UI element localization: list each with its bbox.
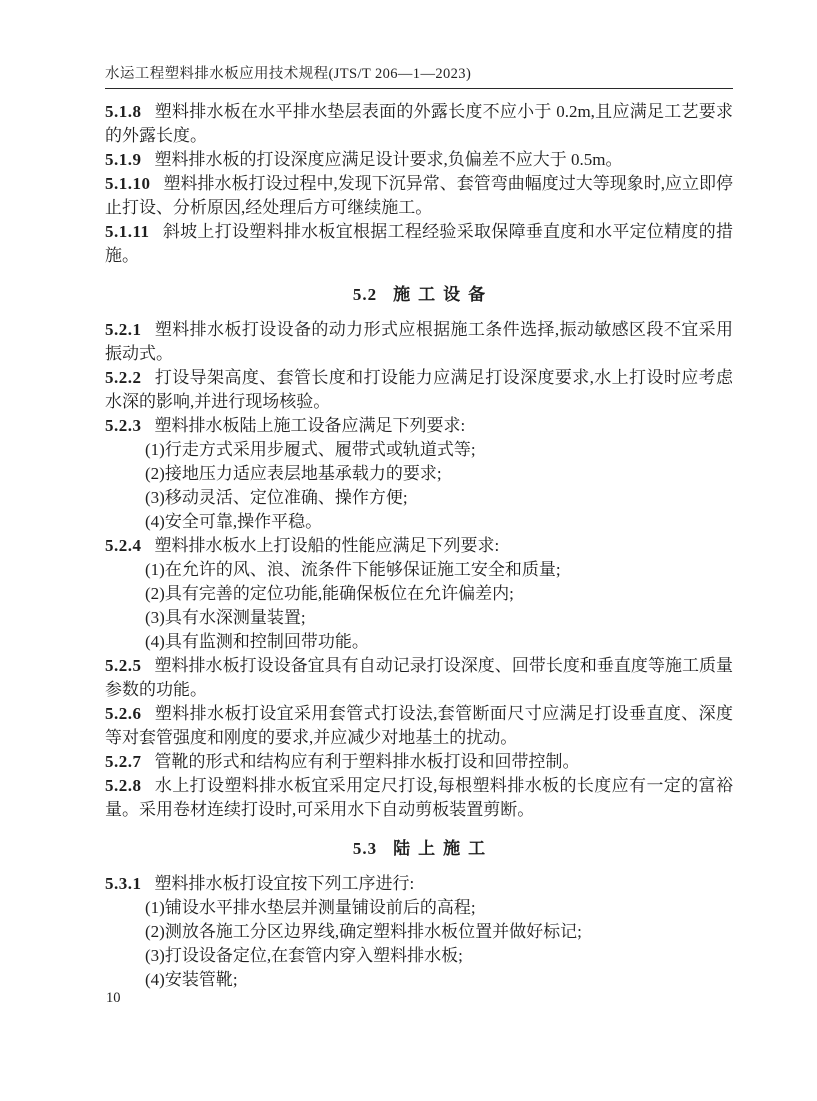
list-item: (1)铺设水平排水垫层并测量铺设前后的高程; [105,896,733,920]
running-header-text: 水运工程塑料排水板应用技术规程(JTS/T 206—1—2023) [105,62,733,83]
clause-text: 斜坡上打设塑料排水板宜根据工程经验采取保障垂直度和水平定位精度的措施。 [105,222,733,265]
clause-5-2-4: 5.2.4塑料排水板水上打设船的性能应满足下列要求: [105,534,733,558]
running-header: 水运工程塑料排水板应用技术规程(JTS/T 206—1—2023) [105,62,733,89]
clause-text: 塑料排水板在水平排水垫层表面的外露长度不应小于 0.2m,且应满足工艺要求的外露… [105,102,733,145]
clause-5-1-9: 5.1.9塑料排水板的打设深度应满足设计要求,负偏差不应大于 0.5m。 [105,148,733,172]
clause-text: 塑料排水板陆上施工设备应满足下列要求: [155,416,466,435]
clause-number: 5.2.1 [105,320,142,339]
list-item: (4)具有监测和控制回带功能。 [105,630,733,654]
section-heading-5-2: 5.2施工设备 [105,283,733,307]
list-item: (2)接地压力适应表层地基承载力的要求; [105,462,733,486]
clause-number: 5.1.11 [105,222,150,241]
clause-number: 5.2.4 [105,536,142,555]
section-heading-5-3: 5.3陆上施工 [105,837,733,861]
clause-number: 5.1.9 [105,150,142,169]
list-item-text: (3)移动灵活、定位准确、操作方便; [145,488,408,507]
list-item-text: (1)在允许的风、浪、流条件下能够保证施工安全和质量; [145,560,561,579]
list-item-text: (4)具有监测和控制回带功能。 [145,632,369,651]
section-title: 施工设备 [393,285,493,304]
clause-5-2-3: 5.2.3塑料排水板陆上施工设备应满足下列要求: [105,414,733,438]
clause-5-2-7: 5.2.7管靴的形式和结构应有利于塑料排水板打设和回带控制。 [105,750,733,774]
clause-text: 水上打设塑料排水板宜采用定尺打设,每根塑料排水板的长度应有一定的富裕量。采用卷材… [105,776,733,819]
clause-text: 塑料排水板的打设深度应满足设计要求,负偏差不应大于 0.5m。 [155,150,623,169]
clause-text: 塑料排水板打设宜采用套管式打设法,套管断面尺寸应满足打设垂直度、深度等对套管强度… [105,704,733,747]
clause-number: 5.2.2 [105,368,142,387]
clause-number: 5.2.8 [105,776,142,795]
list-item-text: (2)具有完善的定位功能,能确保板位在允许偏差内; [145,584,514,603]
clause-number: 5.2.5 [105,656,142,675]
list-item: (2)具有完善的定位功能,能确保板位在允许偏差内; [105,582,733,606]
list-item-text: (2)接地压力适应表层地基承载力的要求; [145,464,442,483]
section-number: 5.2 [353,285,377,304]
clause-5-2-2: 5.2.2打设导架高度、套管长度和打设能力应满足打设深度要求,水上打设时应考虑水… [105,366,733,414]
clause-text: 打设导架高度、套管长度和打设能力应满足打设深度要求,水上打设时应考虑水深的影响,… [105,368,733,411]
list-item: (3)具有水深测量装置; [105,606,733,630]
list-item-text: (1)行走方式采用步履式、履带式或轨道式等; [145,440,476,459]
clause-5-3-1: 5.3.1塑料排水板打设宜按下列工序进行: [105,872,733,896]
page-content: 5.1.8塑料排水板在水平排水垫层表面的外露长度不应小于 0.2m,且应满足工艺… [105,100,733,992]
list-item: (1)在允许的风、浪、流条件下能够保证施工安全和质量; [105,558,733,582]
clause-number: 5.1.8 [105,102,142,121]
list-item: (1)行走方式采用步履式、履带式或轨道式等; [105,438,733,462]
header-rule [105,88,733,89]
clause-5-1-10: 5.1.10塑料排水板打设过程中,发现下沉异常、套管弯曲幅度过大等现象时,应立即… [105,172,733,220]
clause-text: 塑料排水板打设过程中,发现下沉异常、套管弯曲幅度过大等现象时,应立即停止打设、分… [105,174,733,217]
clause-5-1-8: 5.1.8塑料排水板在水平排水垫层表面的外露长度不应小于 0.2m,且应满足工艺… [105,100,733,148]
clause-5-2-8: 5.2.8水上打设塑料排水板宜采用定尺打设,每根塑料排水板的长度应有一定的富裕量… [105,774,733,822]
clause-5-2-5: 5.2.5塑料排水板打设设备宜具有自动记录打设深度、回带长度和垂直度等施工质量参… [105,654,733,702]
list-item-text: (3)打设设备定位,在套管内穿入塑料排水板; [145,946,463,965]
list-item-text: (2)测放各施工分区边界线,确定塑料排水板位置并做好标记; [145,922,582,941]
clause-5-2-1: 5.2.1塑料排水板打设设备的动力形式应根据施工条件选择,振动敏感区段不宜采用振… [105,318,733,366]
clause-text: 塑料排水板打设设备的动力形式应根据施工条件选择,振动敏感区段不宜采用振动式。 [105,320,733,363]
list-item: (3)打设设备定位,在套管内穿入塑料排水板; [105,944,733,968]
clause-number: 5.2.3 [105,416,142,435]
list-item: (3)移动灵活、定位准确、操作方便; [105,486,733,510]
list-item: (4)安装管靴; [105,968,733,992]
list-item-text: (4)安装管靴; [145,970,238,989]
clause-5-2-6: 5.2.6塑料排水板打设宜采用套管式打设法,套管断面尺寸应满足打设垂直度、深度等… [105,702,733,750]
page-number: 10 [106,990,121,1007]
list-item-text: (1)铺设水平排水垫层并测量铺设前后的高程; [145,898,476,917]
list-item: (2)测放各施工分区边界线,确定塑料排水板位置并做好标记; [105,920,733,944]
section-title: 陆上施工 [393,839,493,858]
clause-text: 塑料排水板打设宜按下列工序进行: [155,874,415,893]
section-number: 5.3 [353,839,377,858]
document-page: 水运工程塑料排水板应用技术规程(JTS/T 206—1—2023) 5.1.8塑… [0,0,817,1101]
clause-text: 塑料排水板打设设备宜具有自动记录打设深度、回带长度和垂直度等施工质量参数的功能。 [105,656,733,699]
clause-number: 5.2.6 [105,704,142,723]
clause-text: 管靴的形式和结构应有利于塑料排水板打设和回带控制。 [155,752,580,771]
list-item-text: (4)安全可靠,操作平稳。 [145,512,322,531]
clause-5-1-11: 5.1.11斜坡上打设塑料排水板宜根据工程经验采取保障垂直度和水平定位精度的措施… [105,220,733,268]
clause-number: 5.1.10 [105,174,151,193]
list-item-text: (3)具有水深测量装置; [145,608,306,627]
clause-number: 5.2.7 [105,752,142,771]
clause-text: 塑料排水板水上打设船的性能应满足下列要求: [155,536,500,555]
clause-number: 5.3.1 [105,874,142,893]
list-item: (4)安全可靠,操作平稳。 [105,510,733,534]
